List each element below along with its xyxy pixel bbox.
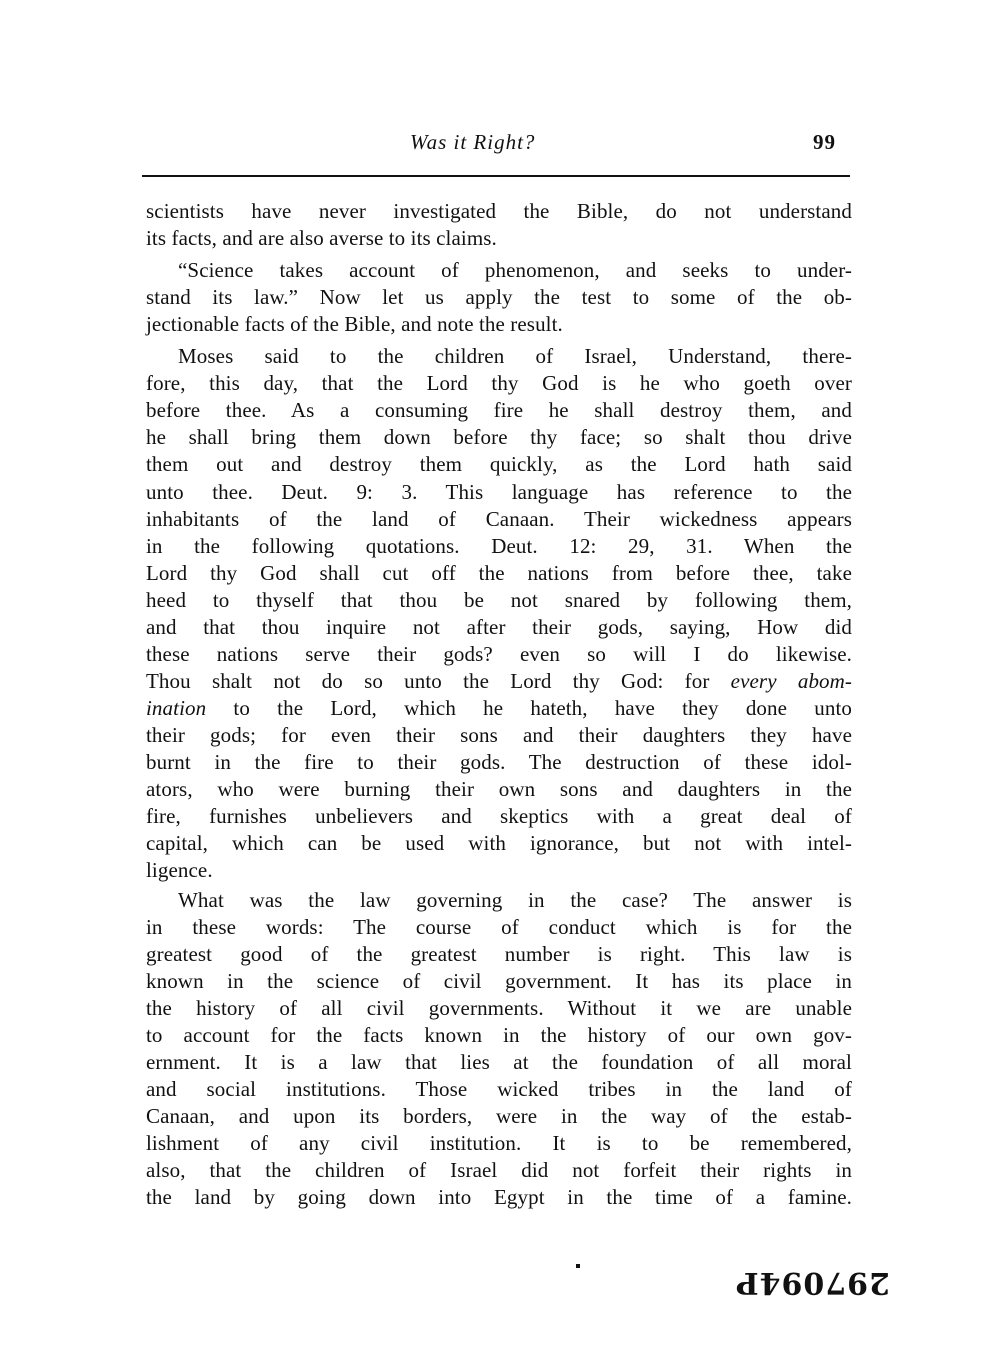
text-line: and social institutions. Those wicked tr… [146,1076,852,1103]
text-line: heed to thyself that thou be not snared … [146,587,852,614]
text-line: the history of all civil governments. Wi… [146,995,852,1022]
text-line: burnt in the fire to their gods. The des… [146,749,852,776]
text-line: to account for the facts known in the hi… [146,1022,852,1049]
text-line: scientists have never investigated the B… [146,198,852,225]
text-line: ators, who were burning their own sons a… [146,776,852,803]
text-line: What was the law governing in the case? … [178,887,852,914]
library-stamp: 297094P [735,1265,890,1300]
text-line: “Science takes account of phenomenon, an… [178,257,852,284]
running-title: Was it Right? [410,130,535,155]
text-line: their gods; for even their sons and thei… [146,722,852,749]
text-line: inhabitants of the land of Canaan. Their… [146,506,852,533]
text-line: its facts, and are also averse to its cl… [146,225,852,252]
page-number: 99 [813,130,836,155]
text-line: before thee. As a consuming fire he shal… [146,397,852,424]
text-line: stand its law.” Now let us apply the tes… [146,284,852,311]
text-line: Canaan, and upon its borders, were in th… [146,1103,852,1130]
scan-speck [576,1264,580,1268]
text-line: known in the science of civil government… [146,968,852,995]
text-line: he shall bring them down before thy face… [146,424,852,451]
text-line: also, that the children of Israel did no… [146,1157,852,1184]
text-line: ernment. It is a law that lies at the fo… [146,1049,852,1076]
text-line-with-italic: Thou shalt not do so unto the Lord thy G… [146,668,852,695]
text-line: Lord thy God shall cut off the nations f… [146,560,852,587]
text-line: capital, which can be used with ignoranc… [146,830,852,857]
text-line: in the following quotations. Deut. 12: 2… [146,533,852,560]
text-line: them out and destroy them quickly, as th… [146,451,852,478]
text-line: unto thee. Deut. 9: 3. This language has… [146,479,852,506]
text-line: the land by going down into Egypt in the… [146,1184,852,1211]
text-line: ligence. [146,857,852,884]
text-line: fire, furnishes unbelievers and skeptics… [146,803,852,830]
text-line: jectionable facts of the Bible, and note… [146,311,852,338]
text-span: to the Lord, which he hateth, have they … [206,696,852,720]
text-line: these nations serve their gods? even so … [146,641,852,668]
text-line: greatest good of the greatest number is … [146,941,852,968]
text-line: in these words: The course of conduct wh… [146,914,852,941]
text-line: fore, this day, that the Lord thy God is… [146,370,852,397]
text-line-with-italic: ination to the Lord, which he hateth, ha… [146,695,852,722]
text-line: and that thou inquire not after their go… [146,614,852,641]
book-page: Was it Right? 99 scientists have never i… [0,0,1000,1371]
italic-span: ination [146,696,206,720]
header-rule [142,175,850,177]
text-line: Moses said to the children of Israel, Un… [178,343,852,370]
text-line: lishment of any civil institution. It is… [146,1130,852,1157]
italic-span: every abom- [731,669,852,693]
text-span: Thou shalt not do so unto the Lord thy G… [146,669,731,693]
